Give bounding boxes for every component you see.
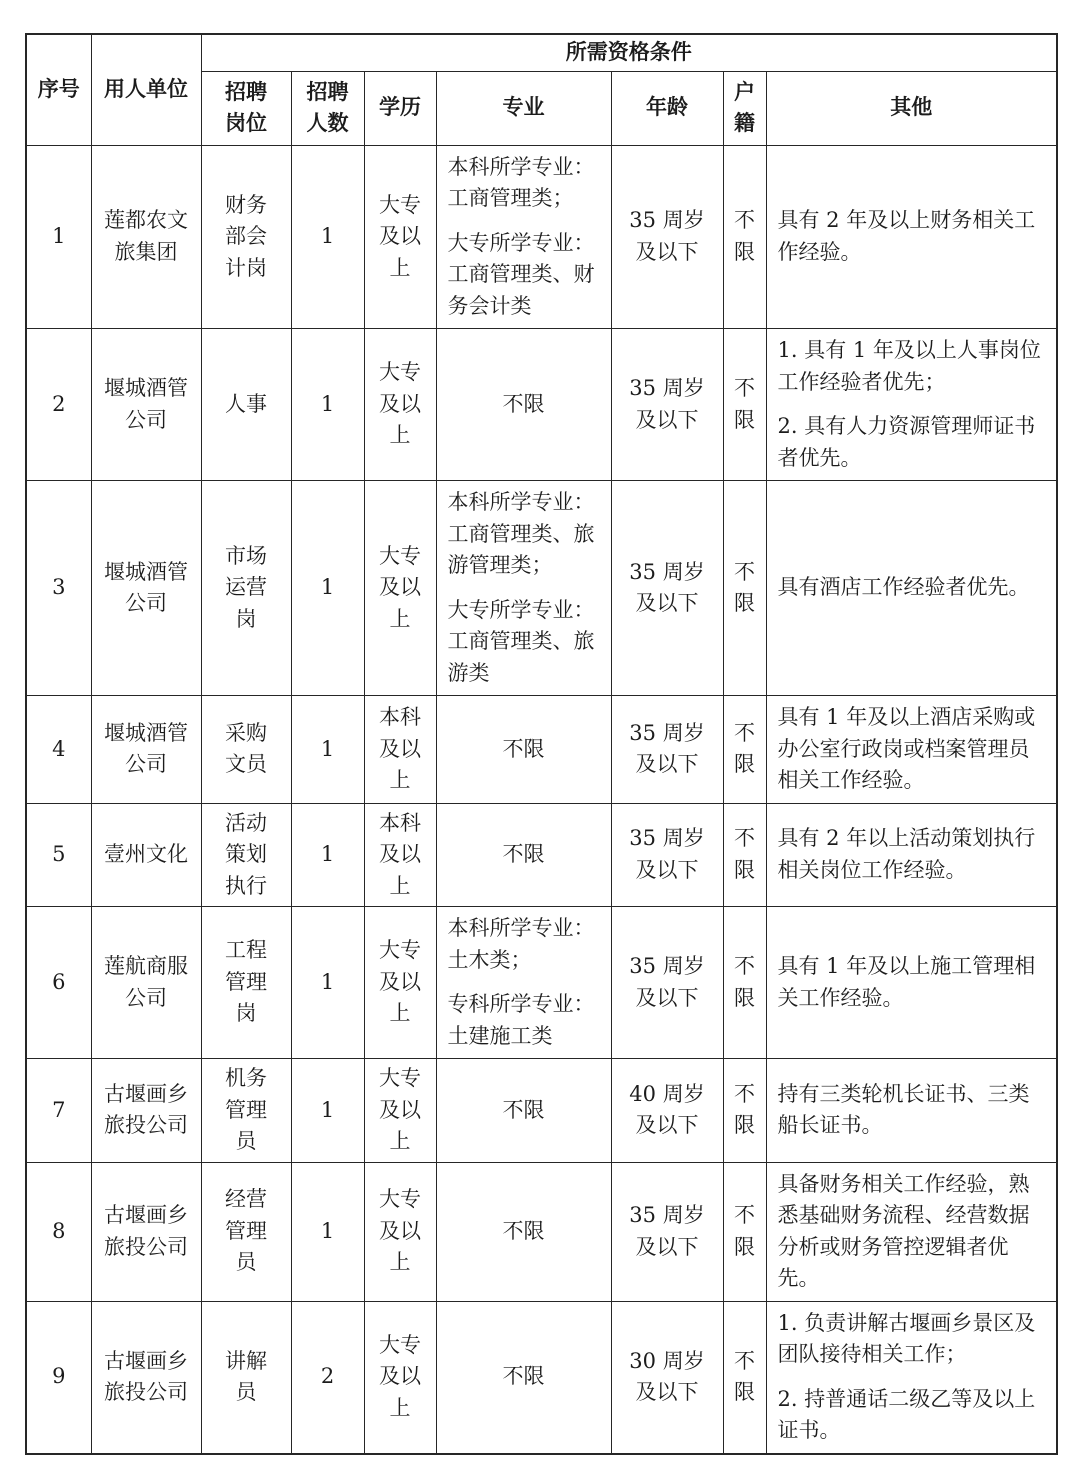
- position-text: 市场运营岗: [223, 541, 268, 636]
- cell-headcount: 2: [291, 1301, 364, 1454]
- employer-text: 古堰画乡旅投公司: [100, 1346, 191, 1409]
- cell-seq: 7: [26, 1059, 91, 1163]
- cell-headcount: 1: [291, 145, 364, 329]
- header-headcount-label: 招聘人数: [304, 77, 350, 140]
- cell-residence: 不限: [723, 803, 766, 907]
- cell-paragraph: 不限: [443, 1095, 605, 1127]
- cell-other: 具有 2 年以上活动策划执行相关岗位工作经验。: [766, 803, 1057, 907]
- table-row: 5 壹州文化 活动策划执行 1 本科及以上 不限 35 周岁及以下 不限 具有 …: [26, 803, 1057, 907]
- cell-age: 30 周岁及以下: [611, 1301, 723, 1454]
- education-text: 大专及以上: [377, 935, 422, 1030]
- age-text: 35 周岁及以下: [624, 1200, 710, 1263]
- cell-seq: 8: [26, 1162, 91, 1301]
- cell-seq: 1: [26, 145, 91, 329]
- education-text: 大专及以上: [377, 357, 422, 452]
- table-row: 4 堰城酒管公司 采购文员 1 本科及以上 不限 35 周岁及以下 不限 具有 …: [26, 696, 1057, 804]
- cell-employer: 堰城酒管公司: [91, 696, 201, 804]
- cell-paragraph: 1. 具有 1 年及以上人事岗位工作经验者优先；: [778, 335, 1046, 398]
- table-row: 6 莲航商服公司 工程管理岗 1 大专及以上 本科所学专业：土木类；专科所学专业…: [26, 907, 1057, 1059]
- table-row: 9 古堰画乡旅投公司 讲解员 2 大专及以上 不限 30 周岁及以下 不限 1.…: [26, 1301, 1057, 1454]
- cell-paragraph: 具有 2 年及以上财务相关工作经验。: [778, 205, 1046, 268]
- position-text: 机务管理员: [223, 1063, 268, 1158]
- cell-paragraph: 具有 1 年及以上施工管理相关工作经验。: [778, 951, 1046, 1014]
- cell-age: 35 周岁及以下: [611, 1162, 723, 1301]
- cell-paragraph: 不限: [443, 1361, 605, 1393]
- education-text: 大专及以上: [377, 1330, 422, 1425]
- cell-other: 具有 1 年及以上施工管理相关工作经验。: [766, 907, 1057, 1059]
- cell-paragraph: 具有 1 年及以上酒店采购或办公室行政岗或档案管理员相关工作经验。: [778, 702, 1046, 797]
- header-residence: 户籍: [723, 71, 766, 145]
- education-text: 大专及以上: [377, 541, 422, 636]
- cell-paragraph: 不限: [443, 389, 605, 421]
- position-text: 财务部会计岗: [223, 190, 268, 285]
- cell-residence: 不限: [723, 145, 766, 329]
- cell-other: 具有 1 年及以上酒店采购或办公室行政岗或档案管理员相关工作经验。: [766, 696, 1057, 804]
- cell-age: 35 周岁及以下: [611, 803, 723, 907]
- cell-residence: 不限: [723, 1162, 766, 1301]
- position-text: 讲解员: [223, 1346, 268, 1409]
- header-age: 年龄: [611, 71, 723, 145]
- cell-headcount: 1: [291, 1059, 364, 1163]
- cell-age: 35 周岁及以下: [611, 329, 723, 481]
- employer-text: 古堰画乡旅投公司: [100, 1200, 191, 1263]
- cell-paragraph: 不限: [443, 734, 605, 766]
- education-text: 大专及以上: [377, 190, 422, 285]
- cell-seq: 4: [26, 696, 91, 804]
- cell-paragraph: 本科所学专业：土木类；: [448, 913, 600, 976]
- education-text: 大专及以上: [377, 1184, 422, 1279]
- employer-text: 壹州文化: [104, 839, 188, 871]
- cell-residence: 不限: [723, 907, 766, 1059]
- cell-employer: 壹州文化: [91, 803, 201, 907]
- page: 序号 用人单位 所需资格条件 招聘岗位 招聘人数 学历 专业 年龄 户籍 其他 …: [0, 0, 1080, 1481]
- header-education: 学历: [364, 71, 436, 145]
- cell-seq: 6: [26, 907, 91, 1059]
- cell-age: 35 周岁及以下: [611, 481, 723, 696]
- header-position-label: 招聘岗位: [223, 77, 269, 140]
- cell-headcount: 1: [291, 803, 364, 907]
- cell-residence: 不限: [723, 696, 766, 804]
- cell-paragraph: 不限: [443, 839, 605, 871]
- age-text: 40 周岁及以下: [624, 1079, 710, 1142]
- cell-major: 不限: [436, 696, 611, 804]
- cell-paragraph: 持有三类轮机长证书、三类船长证书。: [778, 1079, 1046, 1142]
- age-text: 30 周岁及以下: [624, 1346, 710, 1409]
- recruitment-table: 序号 用人单位 所需资格条件 招聘岗位 招聘人数 学历 专业 年龄 户籍 其他 …: [25, 33, 1058, 1455]
- cell-major: 本科所学专业：工商管理类、旅游管理类；大专所学专业：工商管理类、旅游类: [436, 481, 611, 696]
- cell-paragraph: 具有 2 年以上活动策划执行相关岗位工作经验。: [778, 823, 1046, 886]
- age-text: 35 周岁及以下: [624, 557, 710, 620]
- cell-education: 大专及以上: [364, 1162, 436, 1301]
- cell-age: 35 周岁及以下: [611, 145, 723, 329]
- age-text: 35 周岁及以下: [624, 205, 710, 268]
- cell-paragraph: 1. 负责讲解古堰画乡景区及团队接待相关工作；: [778, 1308, 1046, 1371]
- cell-position: 采购文员: [201, 696, 291, 804]
- cell-age: 35 周岁及以下: [611, 696, 723, 804]
- table-row: 8 古堰画乡旅投公司 经营管理员 1 大专及以上 不限 35 周岁及以下 不限 …: [26, 1162, 1057, 1301]
- education-text: 本科及以上: [377, 808, 422, 903]
- cell-position: 市场运营岗: [201, 481, 291, 696]
- cell-age: 35 周岁及以下: [611, 907, 723, 1059]
- cell-age: 40 周岁及以下: [611, 1059, 723, 1163]
- cell-major: 本科所学专业：土木类；专科所学专业：土建施工类: [436, 907, 611, 1059]
- employer-text: 莲航商服公司: [100, 951, 191, 1014]
- cell-employer: 古堰画乡旅投公司: [91, 1059, 201, 1163]
- cell-employer: 古堰画乡旅投公司: [91, 1301, 201, 1454]
- cell-paragraph: 2. 持普通话二级乙等及以上证书。: [778, 1384, 1046, 1447]
- table-row: 7 古堰画乡旅投公司 机务管理员 1 大专及以上 不限 40 周岁及以下 不限 …: [26, 1059, 1057, 1163]
- cell-seq: 5: [26, 803, 91, 907]
- cell-position: 经营管理员: [201, 1162, 291, 1301]
- employer-text: 堰城酒管公司: [100, 557, 191, 620]
- cell-education: 本科及以上: [364, 696, 436, 804]
- header-employer: 用人单位: [91, 34, 201, 145]
- header-qualifications-group: 所需资格条件: [201, 34, 1057, 71]
- cell-paragraph: 具有酒店工作经验者优先。: [778, 572, 1046, 604]
- age-text: 35 周岁及以下: [624, 373, 710, 436]
- cell-employer: 古堰画乡旅投公司: [91, 1162, 201, 1301]
- cell-employer: 堰城酒管公司: [91, 481, 201, 696]
- age-text: 35 周岁及以下: [624, 718, 710, 781]
- cell-education: 大专及以上: [364, 1301, 436, 1454]
- cell-residence: 不限: [723, 1301, 766, 1454]
- cell-position: 活动策划执行: [201, 803, 291, 907]
- cell-other: 1. 具有 1 年及以上人事岗位工作经验者优先；2. 具有人力资源管理师证书者优…: [766, 329, 1057, 481]
- cell-headcount: 1: [291, 1162, 364, 1301]
- cell-position: 讲解员: [201, 1301, 291, 1454]
- cell-headcount: 1: [291, 329, 364, 481]
- cell-seq: 3: [26, 481, 91, 696]
- cell-education: 本科及以上: [364, 803, 436, 907]
- cell-other: 具备财务相关工作经验，熟悉基础财务流程、经营数据分析或财务管控逻辑者优先。: [766, 1162, 1057, 1301]
- education-text: 本科及以上: [377, 702, 422, 797]
- position-text: 经营管理员: [223, 1184, 268, 1279]
- cell-education: 大专及以上: [364, 329, 436, 481]
- cell-paragraph: 大专所学专业：工商管理类、财务会计类: [448, 228, 600, 323]
- age-text: 35 周岁及以下: [624, 951, 710, 1014]
- cell-seq: 2: [26, 329, 91, 481]
- cell-paragraph: 大专所学专业：工商管理类、旅游类: [448, 595, 600, 690]
- cell-education: 大专及以上: [364, 907, 436, 1059]
- position-text: 人事: [225, 389, 267, 421]
- position-text: 工程管理岗: [223, 935, 268, 1030]
- cell-major: 不限: [436, 803, 611, 907]
- cell-education: 大专及以上: [364, 1059, 436, 1163]
- employer-text: 堰城酒管公司: [100, 373, 191, 436]
- cell-paragraph: 2. 具有人力资源管理师证书者优先。: [778, 411, 1046, 474]
- cell-employer: 莲航商服公司: [91, 907, 201, 1059]
- cell-other: 具有酒店工作经验者优先。: [766, 481, 1057, 696]
- cell-major: 不限: [436, 329, 611, 481]
- cell-position: 机务管理员: [201, 1059, 291, 1163]
- cell-residence: 不限: [723, 329, 766, 481]
- header-seq: 序号: [26, 34, 91, 145]
- cell-headcount: 1: [291, 481, 364, 696]
- table-row: 1 莲都农文旅集团 财务部会计岗 1 大专及以上 本科所学专业：工商管理类；大专…: [26, 145, 1057, 329]
- cell-headcount: 1: [291, 696, 364, 804]
- cell-paragraph: 本科所学专业：工商管理类；: [448, 152, 600, 215]
- header-position: 招聘岗位: [201, 71, 291, 145]
- cell-other: 持有三类轮机长证书、三类船长证书。: [766, 1059, 1057, 1163]
- cell-residence: 不限: [723, 481, 766, 696]
- cell-major: 本科所学专业：工商管理类；大专所学专业：工商管理类、财务会计类: [436, 145, 611, 329]
- cell-seq: 9: [26, 1301, 91, 1454]
- cell-employer: 莲都农文旅集团: [91, 145, 201, 329]
- table-row: 2 堰城酒管公司 人事 1 大专及以上 不限 35 周岁及以下 不限 1. 具有…: [26, 329, 1057, 481]
- cell-paragraph: 不限: [443, 1216, 605, 1248]
- position-text: 活动策划执行: [223, 808, 268, 903]
- employer-text: 莲都农文旅集团: [100, 205, 191, 268]
- cell-other: 具有 2 年及以上财务相关工作经验。: [766, 145, 1057, 329]
- cell-major: 不限: [436, 1301, 611, 1454]
- cell-major: 不限: [436, 1059, 611, 1163]
- education-text: 大专及以上: [377, 1063, 422, 1158]
- cell-paragraph: 具备财务相关工作经验，熟悉基础财务流程、经营数据分析或财务管控逻辑者优先。: [778, 1169, 1046, 1295]
- employer-text: 古堰画乡旅投公司: [100, 1079, 191, 1142]
- table-row: 3 堰城酒管公司 市场运营岗 1 大专及以上 本科所学专业：工商管理类、旅游管理…: [26, 481, 1057, 696]
- header-headcount: 招聘人数: [291, 71, 364, 145]
- cell-employer: 堰城酒管公司: [91, 329, 201, 481]
- cell-education: 大专及以上: [364, 481, 436, 696]
- cell-paragraph: 本科所学专业：工商管理类、旅游管理类；: [448, 487, 600, 582]
- cell-major: 不限: [436, 1162, 611, 1301]
- cell-education: 大专及以上: [364, 145, 436, 329]
- cell-headcount: 1: [291, 907, 364, 1059]
- age-text: 35 周岁及以下: [624, 823, 710, 886]
- cell-position: 工程管理岗: [201, 907, 291, 1059]
- cell-paragraph: 专科所学专业：土建施工类: [448, 989, 600, 1052]
- employer-text: 堰城酒管公司: [100, 718, 191, 781]
- cell-position: 人事: [201, 329, 291, 481]
- cell-residence: 不限: [723, 1059, 766, 1163]
- position-text: 采购文员: [223, 718, 268, 781]
- header-major: 专业: [436, 71, 611, 145]
- cell-position: 财务部会计岗: [201, 145, 291, 329]
- header-other: 其他: [766, 71, 1057, 145]
- cell-other: 1. 负责讲解古堰画乡景区及团队接待相关工作；2. 持普通话二级乙等及以上证书。: [766, 1301, 1057, 1454]
